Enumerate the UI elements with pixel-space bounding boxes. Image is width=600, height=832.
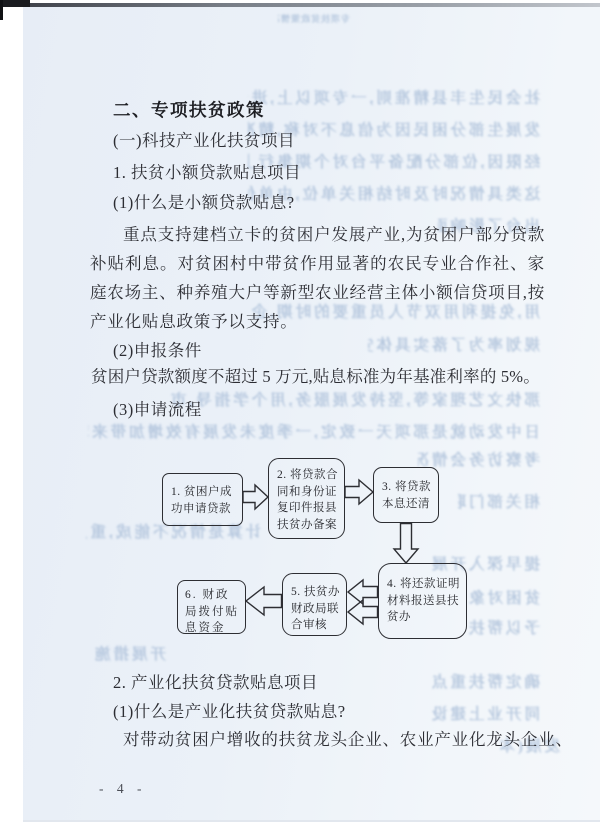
scan-left-edge-artifact [0, 0, 3, 20]
item2-title: 2. 产业化扶贫贷款贴息项目 [113, 669, 318, 693]
arrow-step5-to-step6 [246, 587, 282, 615]
flowchart-step-3: 3. 将贷款本息还清 [373, 467, 439, 523]
item1-question2-body: 贫困户贷款额度不超过 5 万元,贴息标准为年基准利率的 5%。 [91, 363, 540, 387]
page-number: - 4 - [99, 781, 147, 797]
flowchart-step-4: 4. 将还款证明材料报送县扶贫办 [378, 563, 467, 639]
scanned-document-page: { "page": { "number_label": "- 4 -" }, "… [0, 0, 600, 832]
application-process-flowchart: 1. 贫困户成功申请贷款 2. 将贷款合同和身份证复印件报县扶贫办备案 3. 将… [0, 450, 600, 660]
flowchart-step-5: 5. 扶贫办财政局联合审核 [282, 573, 347, 636]
item1-title: 1. 扶贫小额贷款贴息项目 [113, 159, 301, 183]
flowchart-step-2: 2. 将贷款合同和身份证复印件报县扶贫办备案 [268, 458, 345, 539]
arrow-step3-to-step4 [394, 524, 418, 564]
section-heading: 二、专项扶贫政策 [113, 97, 265, 122]
item1-question2-heading: (2)申报条件 [113, 337, 202, 361]
subsection-heading: (一)科技产业化扶贫项目 [113, 127, 295, 151]
flowchart-step-6: 6. 财政局拨付贴息资金 [177, 580, 246, 634]
scan-corner-artifact [0, 0, 30, 7]
arrow-step2-to-step3 [345, 480, 373, 504]
item1-question1-body: 重点支持建档立卡的贫困户发展产业,为贫困户部分贷款补贴利息。对贫困村中带贫作用显… [90, 220, 545, 336]
item2-question1-heading: (1)什么是产业化扶贫贷款贴息? [113, 698, 346, 722]
flowchart-step-1: 1. 贫困户成功申请贷款 [162, 473, 243, 526]
item1-question3-heading: (3)申请流程 [113, 396, 202, 420]
scan-top-edge [22, 3, 600, 7]
item2-question1-body: 对带动贫困户增收的扶贫龙头企业、农业产业化龙头企业、 [90, 726, 573, 750]
arrow-step1-to-step2 [243, 485, 268, 509]
item1-question1-heading: (1)什么是小额贷款贴息? [113, 189, 295, 213]
arrow-step4-to-step5-lower [348, 600, 378, 624]
